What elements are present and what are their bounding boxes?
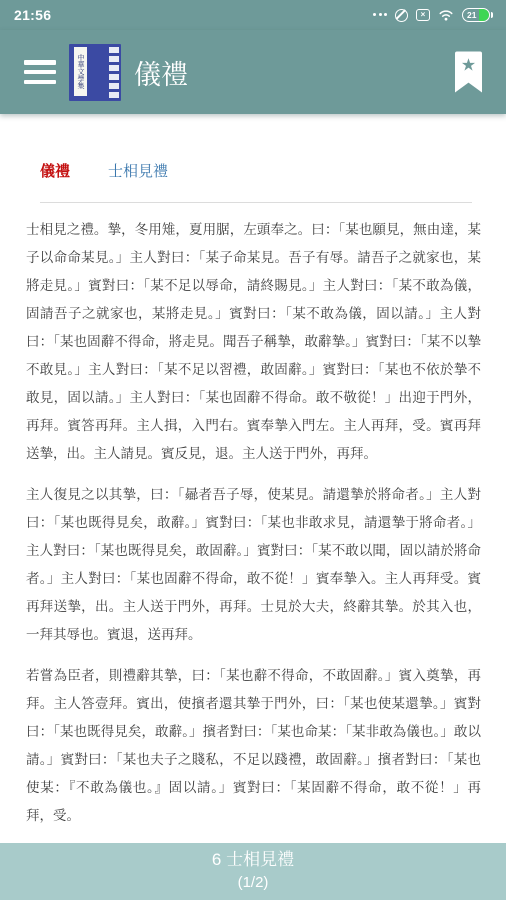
reading-area[interactable]: 士相見之禮。摯，冬用雉，夏用腒，左頭奉之。曰：「某也願見，無由達，某子以命命某見… [0,203,506,830]
app-screen: 21:56 × 21 中華文學集 [0,0,506,900]
clock: 21:56 [14,7,51,23]
app-logo-book-icon: 中華文學集 [69,44,121,101]
page-indicator: (1/2) [0,872,506,894]
app-logo-label: 中華文學集 [74,47,87,96]
page-title: 儀禮 [134,53,188,92]
no-sim-icon: × [416,9,430,21]
battery-fill [479,9,489,21]
book-stitch-marks [109,47,119,98]
mute-icon [395,9,408,22]
app-bar: 中華文學集 儀禮 ★ [0,30,506,114]
menu-button[interactable] [24,60,56,84]
notification-overflow-icon [373,13,387,17]
star-icon: ★ [461,57,476,74]
breadcrumb: 儀禮 士相見禮 [0,114,506,181]
breadcrumb-book-link[interactable]: 儀禮 [40,160,70,181]
battery-percent: 21 [467,10,476,20]
text-paragraph: 主人復見之以其摯，曰：「曏者吾子辱，使某見。請還摯於將命者。」主人對曰：「某也既… [26,481,481,649]
wifi-icon [438,8,454,22]
text-paragraph: 士相見之禮。摯，冬用雉，夏用腒，左頭奉之。曰：「某也願見，無由達，某子以命命某見… [26,216,481,468]
bookmark-button[interactable]: ★ [455,52,482,93]
battery-icon: 21 [462,8,493,22]
chapter-label: 6 士相見禮 [0,848,506,872]
status-icons: × 21 [373,8,493,22]
chapter-pager-bar[interactable]: 6 士相見禮 (1/2) [0,843,506,900]
breadcrumb-chapter-link[interactable]: 士相見禮 [108,160,168,181]
text-paragraph: 若嘗為臣者，則禮辭其摯，曰：「某也辭不得命，不敢固辭。」賓入奠摯，再拜。主人答壹… [26,662,481,830]
status-bar: 21:56 × 21 [0,0,506,30]
